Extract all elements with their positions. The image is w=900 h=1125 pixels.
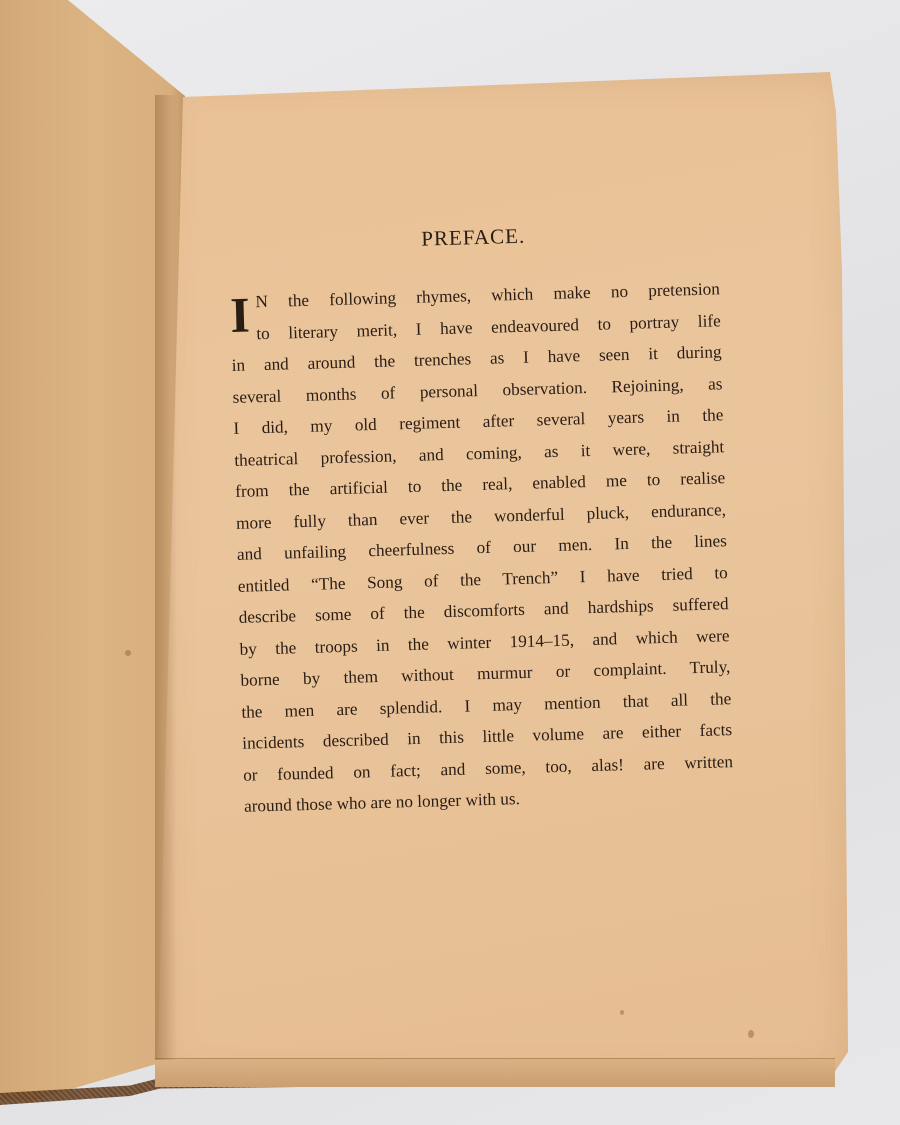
foxing-spot: [125, 650, 131, 656]
preface-text-block: PREFACE. I N the following rhymes, which…: [228, 218, 734, 822]
preface-body: I N the following rhymes, which make no …: [230, 273, 735, 822]
spine-shadow: [155, 95, 177, 1060]
foxing-spot: [620, 1010, 624, 1015]
drop-cap: I: [230, 292, 251, 337]
page-bottom-edge: [155, 1058, 835, 1087]
foxing-spot: [748, 1030, 754, 1038]
